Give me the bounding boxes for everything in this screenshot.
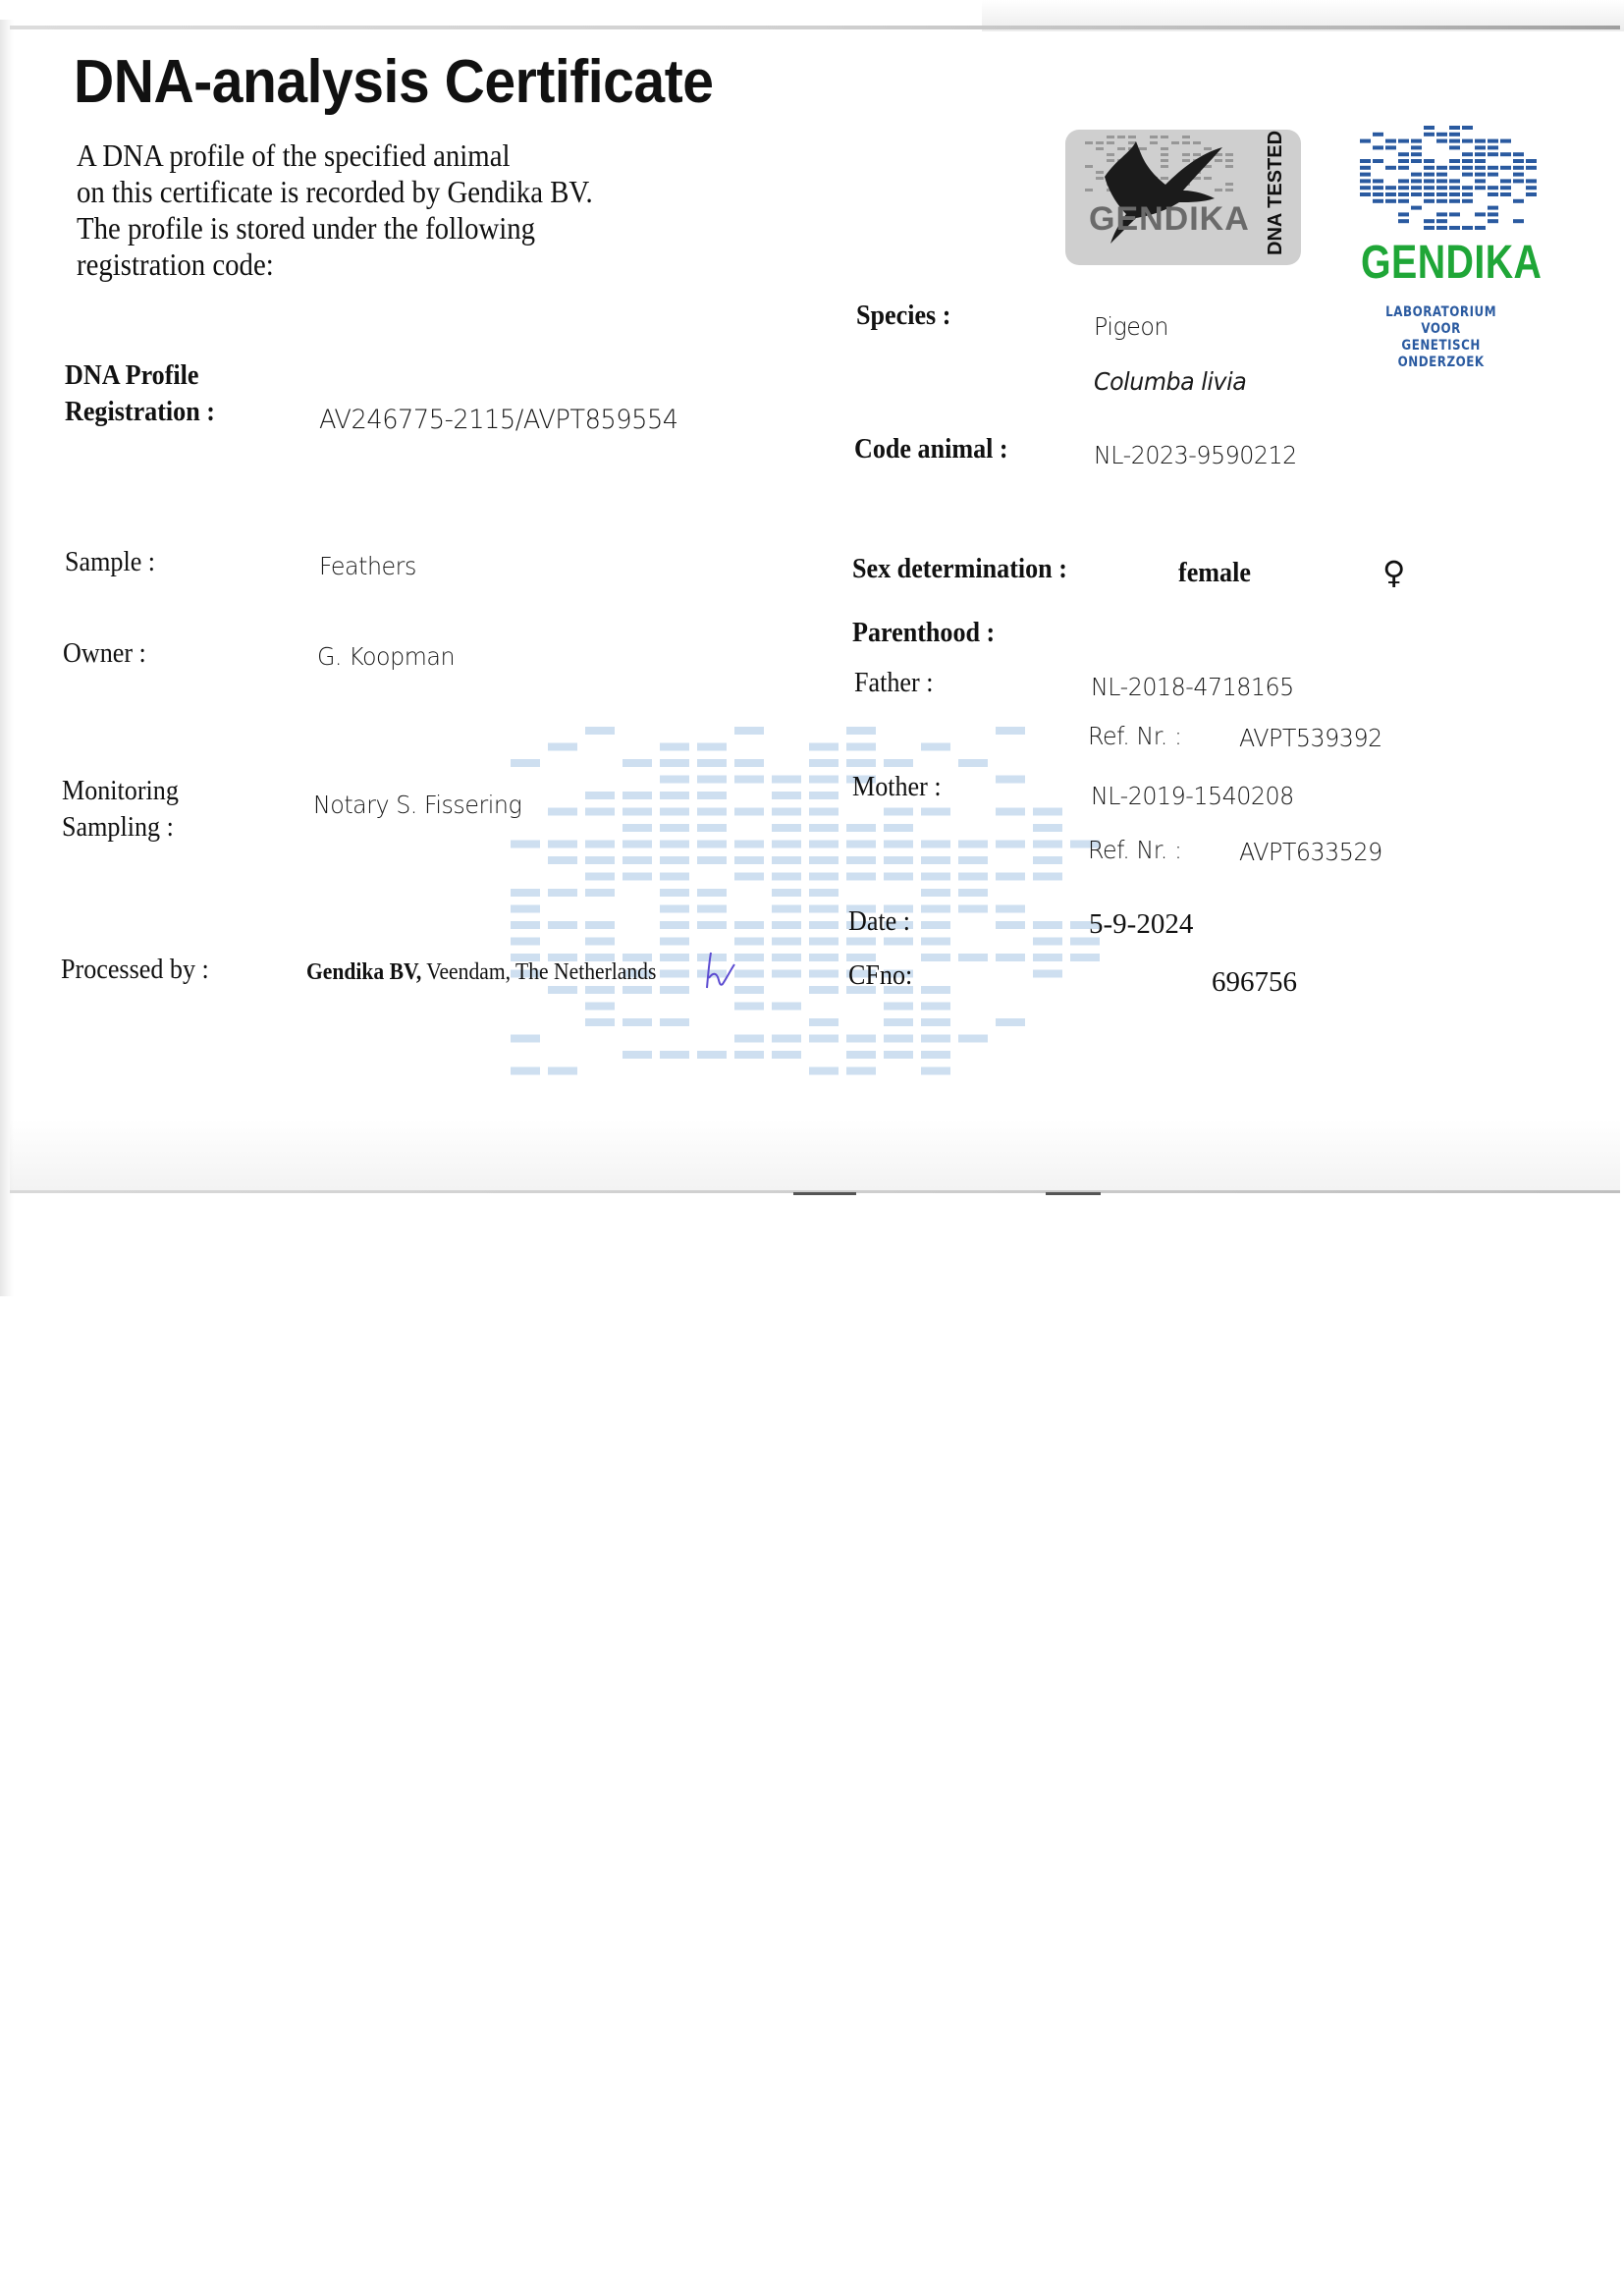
scan-edge-top	[10, 26, 1620, 29]
signature-initial-icon	[703, 951, 736, 992]
code-animal-label: Code animal :	[854, 433, 1008, 465]
monitoring-label: Sampling :	[62, 811, 174, 844]
scan-edge-left	[0, 20, 14, 1296]
intro-line: on this certificate is recorded by Gendi…	[77, 174, 593, 210]
scan-mark	[793, 1192, 856, 1195]
code-animal-value: NL-2023-9590212	[1094, 441, 1297, 469]
date-value: 5-9-2024	[1089, 908, 1193, 941]
intro-line: A DNA profile of the specified animal	[77, 137, 593, 174]
sample-value: Feathers	[319, 552, 416, 580]
father-ring: NL-2018-4718165	[1091, 673, 1294, 701]
cfno-label: CFno:	[848, 959, 912, 992]
father-ref-value: AVPT539392	[1239, 724, 1382, 752]
intro-line: registration code:	[77, 246, 593, 283]
owner-value: G. Koopman	[317, 642, 455, 671]
processed-by-label: Processed by :	[61, 954, 209, 986]
sex-determination-label: Sex determination :	[852, 553, 1067, 585]
processed-by-value: Gendika BV, Veendam, The Netherlands	[306, 959, 656, 986]
monitoring-label: Monitoring	[62, 775, 179, 807]
species-common-name: Pigeon	[1094, 312, 1168, 341]
logo-subtitle-line: GENETISCH ONDERZOEK	[1364, 338, 1518, 371]
mother-ref-label: Ref. Nr. :	[1088, 836, 1181, 864]
scan-mark	[1046, 1192, 1101, 1195]
monitoring-value: Notary S. Fissering	[313, 791, 521, 819]
female-symbol-icon: ♀	[1382, 554, 1405, 591]
registration-label: Registration :	[65, 396, 215, 428]
sticker-tag-text: DNA TESTED	[1265, 131, 1287, 255]
certificate-title: DNA-analysis Certificate	[74, 47, 714, 117]
mother-label: Mother :	[852, 771, 942, 803]
intro-text: A DNA profile of the specified animal on…	[77, 137, 593, 283]
registration-value: AV246775-2115/AVPT859554	[319, 405, 678, 435]
mother-ref-value: AVPT633529	[1239, 838, 1382, 866]
owner-label: Owner :	[63, 637, 146, 670]
sex-value: female	[1178, 557, 1251, 589]
intro-line: The profile is stored under the followin…	[77, 210, 593, 246]
scan-shadow-bottom	[10, 1120, 1620, 1192]
registration-label: DNA Profile	[65, 359, 199, 392]
date-label: Date :	[848, 905, 910, 938]
mother-ring: NL-2019-1540208	[1091, 782, 1294, 810]
sticker-brand-text: GENDIKA	[1089, 200, 1250, 239]
parenthood-label: Parenthood :	[852, 617, 995, 649]
processed-by-company: Gendika BV,	[306, 959, 421, 985]
logo-subtitle-line: LABORATORIUM VOOR	[1364, 304, 1518, 338]
species-latin-name: Columba livia	[1094, 367, 1246, 396]
processed-by-location: Veendam, The Netherlands	[421, 959, 656, 985]
father-ref-label: Ref. Nr. :	[1088, 722, 1181, 750]
father-label: Father :	[854, 667, 933, 699]
species-label: Species :	[856, 300, 950, 332]
sample-label: Sample :	[65, 546, 155, 578]
logo-subtitle: LABORATORIUM VOOR GENETISCH ONDERZOEK	[1364, 304, 1518, 371]
dna-watermark-icon	[511, 727, 1119, 1080]
gendika-logo-icon	[1360, 126, 1542, 232]
dna-tested-sticker: GENDIKA DNA TESTED	[1065, 130, 1301, 265]
logo-wordmark: GENDIKA	[1361, 236, 1542, 290]
cfno-value: 696756	[1212, 966, 1297, 999]
